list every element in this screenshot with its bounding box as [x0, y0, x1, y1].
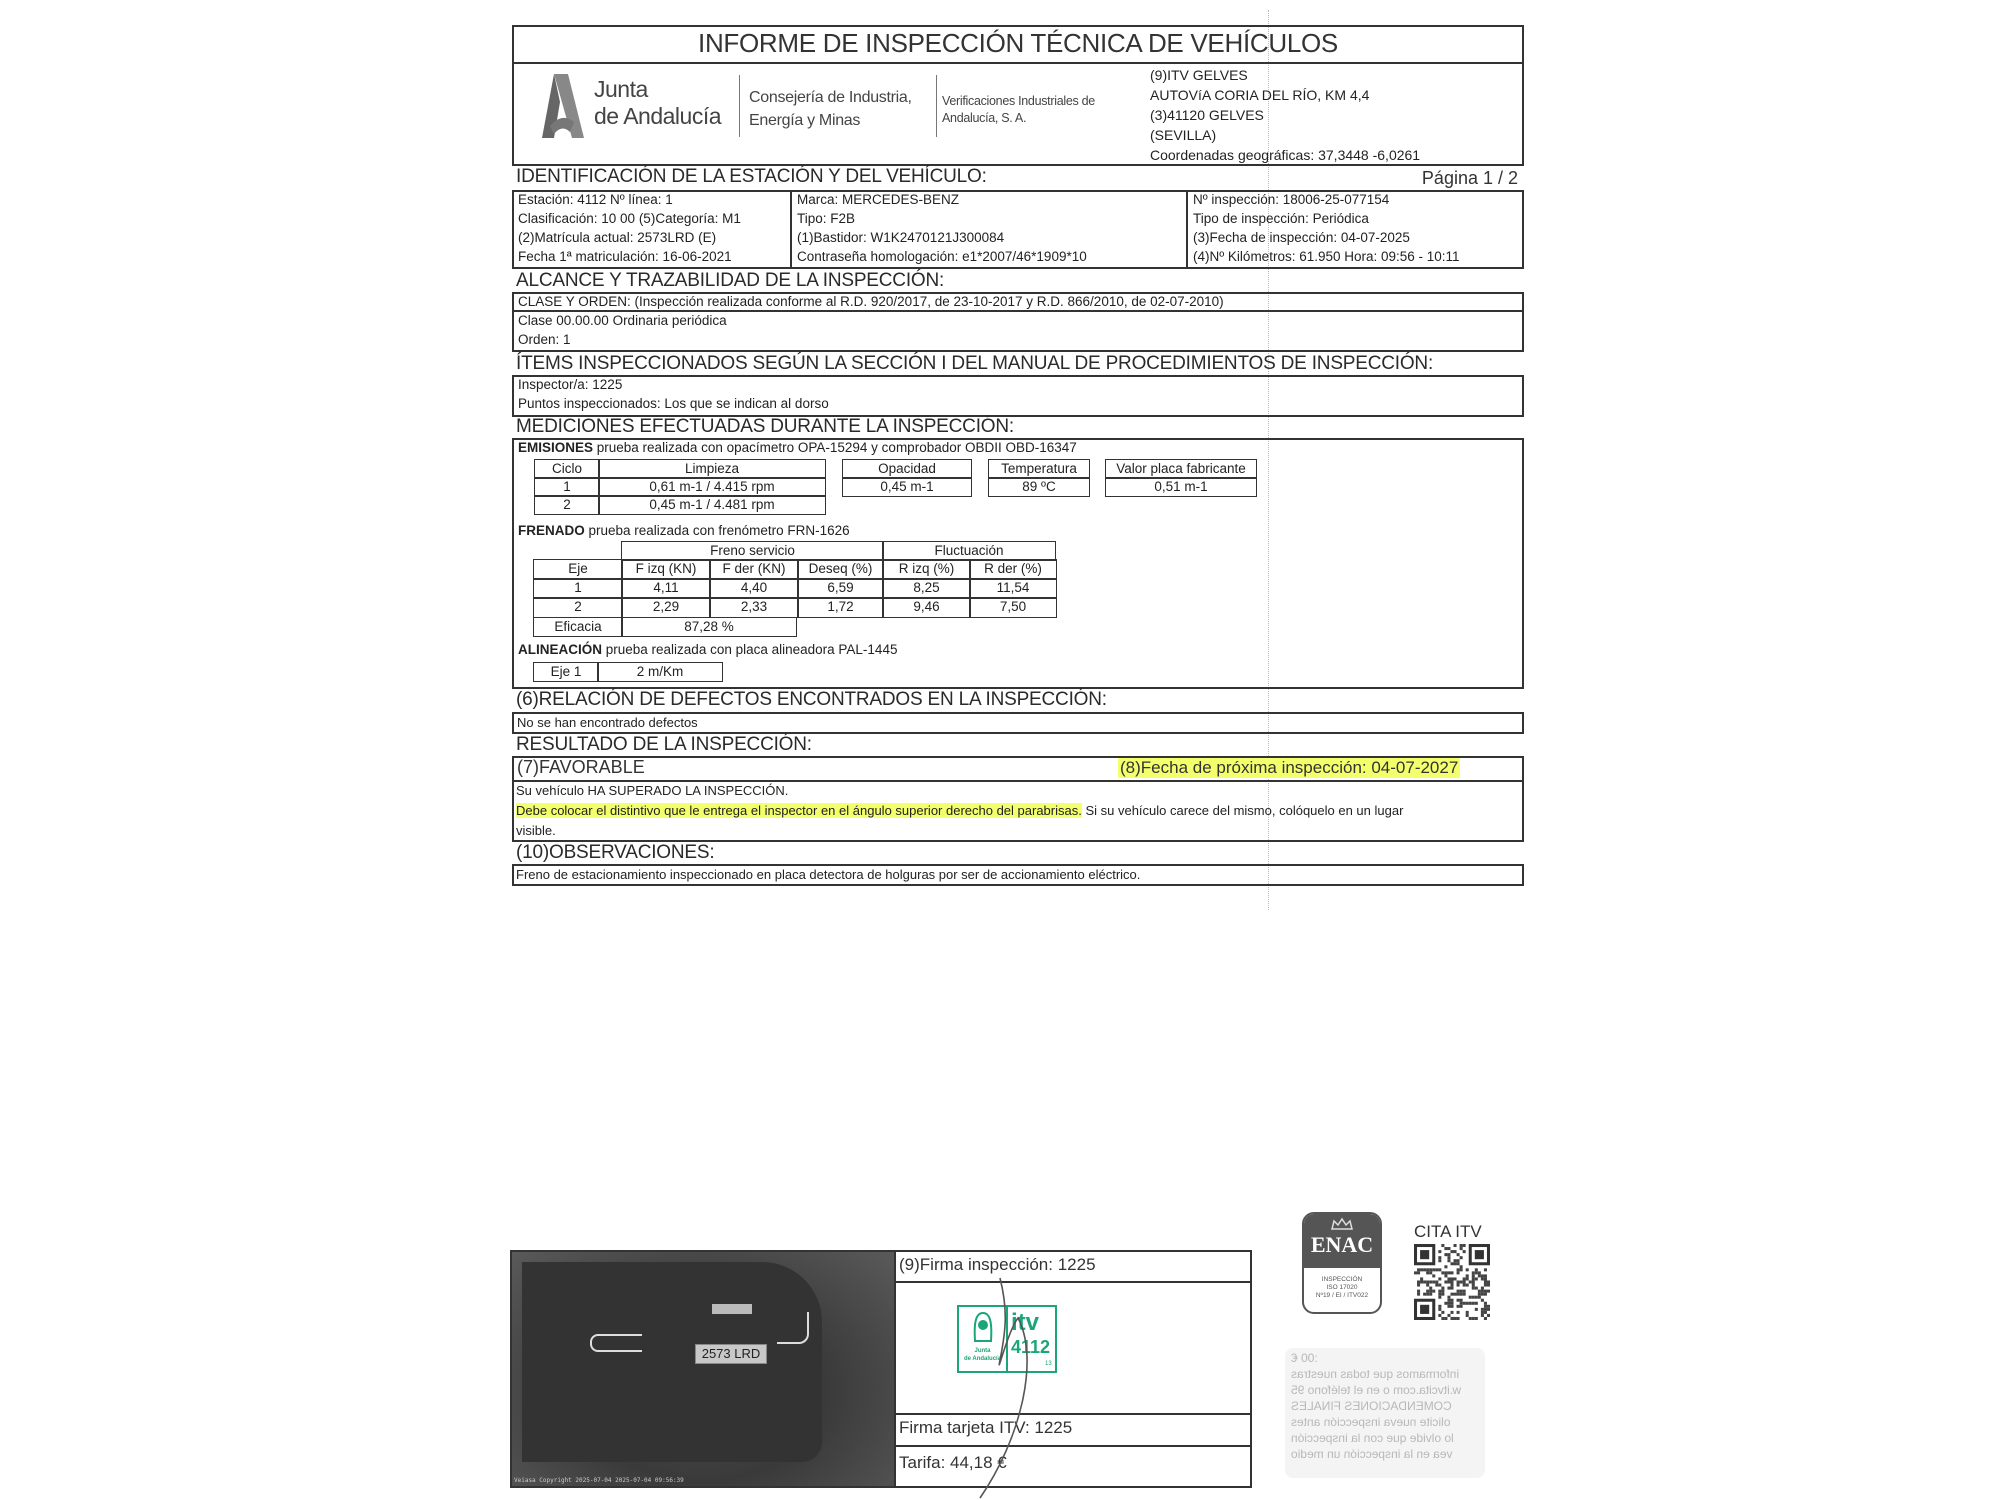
id-type: Tipo: F2B — [797, 209, 1087, 228]
result-verdict: (7)FAVORABLE — [517, 757, 645, 778]
bleed-line: informamos que todas nuestras — [1291, 1366, 1479, 1382]
braking-cell: 11,54 — [969, 578, 1057, 599]
alignment-value: 2 m/Km — [597, 662, 723, 682]
id-vin: (1)Bastidor: W1K2470121J300084 — [797, 228, 1087, 247]
alignment-axle: Eje 1 — [533, 662, 599, 682]
id-homologation: Contraseña homologación: e1*2007/46*1909… — [797, 247, 1087, 266]
id-plate: (2)Matrícula actual: 2573LRD (E) — [518, 228, 741, 247]
braking-cell: 4,40 — [709, 578, 799, 599]
id-col1: Estación: 4112 Nº línea: 1 Clasificación… — [518, 190, 741, 266]
alignment-label: ALINEACIÓN — [518, 642, 602, 657]
braking-label: FRENADO — [518, 523, 585, 538]
result-heading: RESULTADO DE LA INSPECCIÓN: — [516, 734, 812, 756]
junta-text: Junta de Andalucía — [594, 76, 721, 130]
station-name: (9)ITV GELVES — [1150, 65, 1420, 85]
bleed-line: lo olvide que con la inspección — [1291, 1430, 1479, 1446]
veiasa-line2: Andalucía, S. A. — [942, 110, 1095, 127]
consejeria-text: Consejería de Industria, Energía y Minas — [749, 86, 912, 132]
observations-heading: (10)OBSERVACIONES: — [516, 842, 714, 864]
plate-value-label: Valor placa fabricante — [1105, 459, 1257, 479]
braking-cell: 2,29 — [621, 597, 711, 618]
enac-top: ENAC — [1304, 1214, 1380, 1268]
braking-cell: 1 — [533, 578, 623, 599]
sticker-instruction-rest: Si su vehículo carece del mismo, colóque… — [1082, 803, 1404, 818]
defects-heading: (6)RELACIÓN DE DEFECTOS ENCONTRADOS EN L… — [516, 689, 1107, 711]
station-address: AUTOVíA CORIA DEL RÍO, KM 4,4 — [1150, 85, 1420, 105]
braking-group-fluctuation: Fluctuación — [882, 541, 1056, 561]
braking-header-cell: R izq (%) — [882, 559, 971, 580]
measurements-heading: MEDICIONES EFECTUADAS DURANTE LA INSPECC… — [516, 416, 1014, 438]
car-taillight-left — [590, 1334, 642, 1352]
result-sticker-line: Debe colocar el distintivo que le entreg… — [516, 801, 1403, 821]
id-inspection-number: Nº inspección: 18006-25-077154 — [1193, 190, 1460, 209]
emissions-header-cycle: Ciclo — [534, 459, 600, 479]
enac-logo: ENAC INSPECCIÓN ISO 17020 Nº19 / EI / IT… — [1302, 1212, 1382, 1314]
identification-heading: IDENTIFICACIÓN DE LA ESTACIÓN Y DEL VEHÍ… — [516, 166, 987, 188]
header-divider — [512, 62, 1524, 64]
id-classification: Clasificación: 10 00 (5)Categoría: M1 — [518, 209, 741, 228]
emissions-title: EMISIONES prueba realizada con opacímetr… — [518, 438, 1077, 457]
enac-name: ENAC — [1304, 1232, 1380, 1258]
logo-divider — [739, 75, 740, 137]
station-postal: (3)41120 GELVES — [1150, 105, 1420, 125]
plate-value-value: 0,51 m-1 — [1105, 477, 1257, 497]
braking-header-cell: R der (%) — [969, 559, 1057, 580]
logo-divider-2 — [936, 75, 937, 137]
temperature-value: 89 ºC — [988, 477, 1090, 497]
items-points: Puntos inspeccionados: Los que se indica… — [518, 394, 829, 413]
result-body: Su vehículo HA SUPERADO LA INSPECCIÓN. D… — [516, 781, 1403, 841]
scope-clase-orden: CLASE Y ORDEN: (Inspección realizada con… — [518, 292, 1224, 311]
id-col3: Nº inspección: 18006-25-077154 Tipo de i… — [1193, 190, 1460, 266]
junta-andalucia-logo-icon — [534, 72, 590, 140]
enac-line1: INSPECCIÓN — [1304, 1276, 1380, 1284]
braking-header-cell: Eje — [533, 559, 623, 580]
alignment-desc: prueba realizada con placa alineadora PA… — [602, 642, 897, 657]
braking-header-cell: Deseq (%) — [797, 559, 884, 580]
next-inspection-date: (8)Fecha de próxima inspección: 04-07-20… — [1118, 758, 1460, 778]
braking-desc: prueba realizada con frenómetro FRN-1626 — [585, 523, 850, 538]
emissions-header-clean: Limpieza — [598, 459, 826, 479]
car-badge — [712, 1304, 752, 1314]
temperature-label: Temperatura — [988, 459, 1090, 479]
station-province: (SEVILLA) — [1150, 125, 1420, 145]
bleed-line: vea en la inspección un medio — [1291, 1446, 1479, 1462]
result-visible-line: visible. — [516, 821, 1403, 841]
id-divider-1 — [790, 190, 792, 269]
car-taillight-right — [777, 1312, 809, 1344]
observations-text: Freno de estacionamiento inspeccionado e… — [516, 865, 1140, 884]
page-title: INFORME DE INSPECCIÓN TÉCNICA DE VEHÍCUL… — [512, 28, 1524, 59]
bleed-through-panel: :00 €informamos que todas nuestrasw.itvc… — [1285, 1348, 1485, 1478]
braking-cell: 1,72 — [797, 597, 884, 618]
emissions-row1-clean: 0,61 m-1 / 4.415 rpm — [598, 477, 826, 497]
opacity-value: 0,45 m-1 — [842, 477, 972, 497]
braking-cell: 2 — [533, 597, 623, 618]
junta-line2: de Andalucía — [594, 103, 721, 130]
braking-cell: 7,50 — [969, 597, 1057, 618]
emissions-desc: prueba realizada con opacímetro OPA-1529… — [593, 440, 1077, 455]
crown-icon — [1330, 1217, 1354, 1231]
id-inspection-type: Tipo de inspección: Periódica — [1193, 209, 1460, 228]
scope-clase: Clase 00.00.00 Ordinaria periódica — [518, 311, 727, 330]
id-inspection-date: (3)Fecha de inspección: 04-07-2025 — [1193, 228, 1460, 247]
enac-line2: ISO 17020 — [1304, 1284, 1380, 1292]
bleed-line: :00 € — [1291, 1350, 1479, 1366]
scope-heading: ALCANCE Y TRAZABILIDAD DE LA INSPECCIÓN: — [516, 270, 944, 292]
braking-cell: 4,11 — [621, 578, 711, 599]
car-body — [522, 1262, 822, 1462]
id-first-registration: Fecha 1ª matriculación: 16-06-2021 — [518, 247, 741, 266]
braking-title: FRENADO prueba realizada con frenómetro … — [518, 521, 850, 540]
braking-cell: 2,33 — [709, 597, 799, 618]
emissions-row2-cycle: 2 — [534, 495, 600, 515]
enac-line3: Nº19 / EI / ITV022 — [1304, 1292, 1380, 1300]
bleed-line: w.itvcita.com o en el teléfono 95 — [1291, 1382, 1479, 1398]
license-plate: 2573 LRD — [695, 1344, 767, 1364]
vehicle-photo: 2573 LRD Veiasa Copyright 2025-07-04 202… — [510, 1250, 896, 1488]
emissions-label: EMISIONES — [518, 440, 593, 455]
station-info: (9)ITV GELVES AUTOVíA CORIA DEL RÍO, KM … — [1150, 65, 1420, 165]
id-divider-2 — [1186, 190, 1188, 269]
braking-header-cell: F izq (KN) — [621, 559, 711, 580]
items-heading: ÍTEMS INSPECCIONADOS SEGÚN LA SECCIÓN I … — [516, 353, 1433, 375]
braking-group-service: Freno servicio — [621, 541, 884, 561]
bleed-through-text: :00 €informamos que todas nuestrasw.itvc… — [1285, 1348, 1485, 1464]
id-brand: Marca: MERCEDES-BENZ — [797, 190, 1087, 209]
alignment-title: ALINEACIÓN prueba realizada con placa al… — [518, 640, 897, 659]
braking-cell: 6,59 — [797, 578, 884, 599]
scope-orden: Orden: 1 — [518, 330, 727, 349]
cita-itv-label: CITA ITV — [1414, 1222, 1482, 1242]
result-passed-line: Su vehículo HA SUPERADO LA INSPECCIÓN. — [516, 781, 1403, 801]
items-inspector: Inspector/a: 1225 — [518, 375, 829, 394]
braking-header-cell: F der (KN) — [709, 559, 799, 580]
photo-caption: Veiasa Copyright 2025-07-04 2025-07-04 0… — [514, 1477, 684, 1484]
id-col2: Marca: MERCEDES-BENZ Tipo: F2B (1)Bastid… — [797, 190, 1087, 266]
handwritten-signature-icon — [960, 1270, 1080, 1500]
veiasa-line1: Verificaciones Industriales de — [942, 93, 1095, 110]
braking-efficacy-label: Eficacia — [533, 617, 623, 637]
bleed-line: COMENDACIONES FINALES — [1291, 1398, 1479, 1414]
consejeria-line2: Energía y Minas — [749, 109, 912, 132]
veiasa-text: Verificaciones Industriales de Andalucía… — [942, 93, 1095, 127]
braking-cell: 8,25 — [882, 578, 971, 599]
defects-text: No se han encontrado defectos — [517, 713, 698, 732]
sticker-instruction-highlight: Debe colocar el distintivo que le entreg… — [516, 803, 1082, 818]
page-number: Página 1 / 2 — [1410, 168, 1518, 189]
bleed-line: olicite nueva inspección antes — [1291, 1414, 1479, 1430]
cita-itv-qr-code[interactable] — [1414, 1244, 1490, 1320]
braking-efficacy-value: 87,28 % — [621, 617, 797, 637]
id-km-time: (4)Nº Kilómetros: 61.950 Hora: 09:56 - 1… — [1193, 247, 1460, 266]
enac-details: INSPECCIÓN ISO 17020 Nº19 / EI / ITV022 — [1304, 1276, 1380, 1300]
junta-line1: Junta — [594, 76, 721, 103]
station-coords: Coordenadas geográficas: 37,3448 -6,0261 — [1150, 145, 1420, 165]
scope-details: Clase 00.00.00 Ordinaria periódica Orden… — [518, 311, 727, 349]
opacity-label: Opacidad — [842, 459, 972, 479]
consejeria-line1: Consejería de Industria, — [749, 86, 912, 109]
id-station: Estación: 4112 Nº línea: 1 — [518, 190, 741, 209]
braking-cell: 9,46 — [882, 597, 971, 618]
emissions-row1-cycle: 1 — [534, 477, 600, 497]
items-details: Inspector/a: 1225 Puntos inspeccionados:… — [518, 375, 829, 413]
emissions-row2-clean: 0,45 m-1 / 4.481 rpm — [598, 495, 826, 515]
